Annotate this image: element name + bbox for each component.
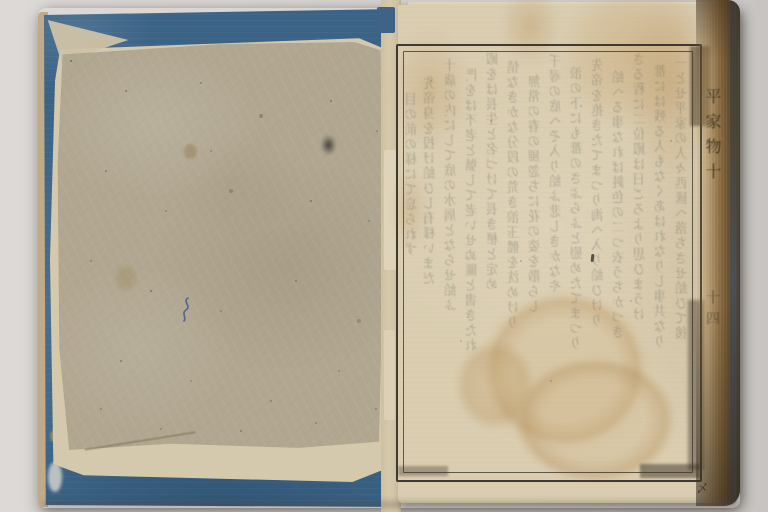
gutter-repair-strip-lower <box>384 330 395 420</box>
brown-spot <box>184 144 197 159</box>
fore-edge-dark-rim <box>730 2 737 504</box>
fore-edge-title-text: 平家物十 <box>701 88 724 188</box>
cover-blue-sliver <box>377 7 395 33</box>
book-photograph: 一とせ平家の人々西國へ落ちさせ給ひて後 都には残る人もなくあはれなりし事共なり … <box>0 0 768 512</box>
corner-ink-mark: 乄 <box>697 480 708 496</box>
paper-speckles <box>70 60 72 62</box>
bottom-shadow <box>44 501 738 508</box>
frame-ink-smudge-bottomleft <box>398 466 448 476</box>
faded-stain-spot <box>116 266 136 290</box>
pasted-gray-paper <box>56 40 384 452</box>
printed-border-frame-inner <box>403 51 693 473</box>
fore-edge-volume-text: 十四 <box>702 290 722 332</box>
frame-ink-smudge-bottomright <box>640 464 700 478</box>
dark-smudge <box>320 134 337 156</box>
blue-ink-squiggle <box>178 296 196 322</box>
